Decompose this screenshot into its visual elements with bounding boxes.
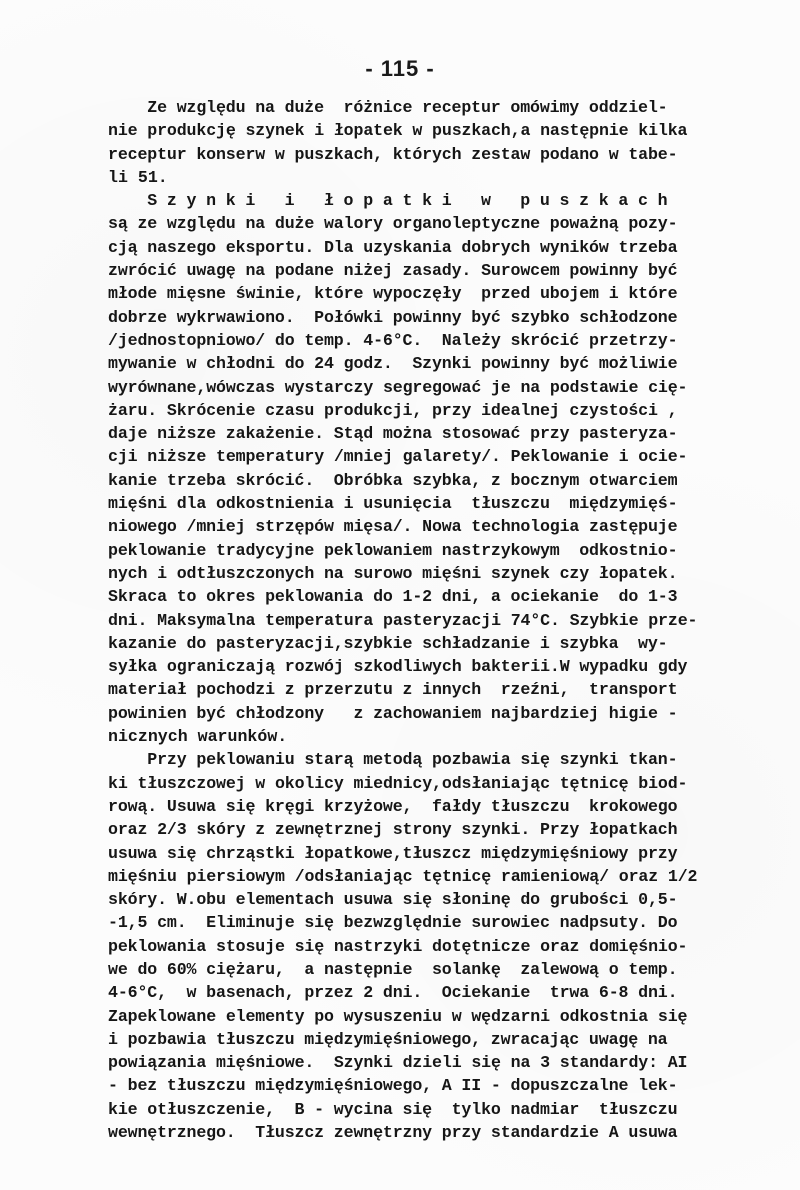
text-line: i pozbawia tłuszczu międzymięśniowego, z…	[108, 1028, 758, 1051]
text-line: dobrze wykrwawiono. Połówki powinny być …	[108, 306, 758, 329]
text-line: S z y n k i i ł o p a t k i w p u s z k …	[108, 189, 758, 212]
text-line: cją naszego eksportu. Dla uzyskania dobr…	[108, 236, 758, 259]
text-line: oraz 2/3 skóry z zewnętrznej strony szyn…	[108, 818, 758, 841]
text-line: cji niższe temperatury /mniej galarety/.…	[108, 445, 758, 468]
text-line: Przy peklowaniu starą metodą pozbawia si…	[108, 748, 758, 771]
text-line: dni. Maksymalna temperatura pasteryzacji…	[108, 609, 758, 632]
text-line: mywanie w chłodni do 24 godz. Szynki pow…	[108, 352, 758, 375]
text-line: młode mięsne świnie, które wypoczęły prz…	[108, 282, 758, 305]
text-line: materiał pochodzi z przerzutu z innych r…	[108, 678, 758, 701]
text-line: peklowanie tradycyjne peklowaniem nastrz…	[108, 539, 758, 562]
body-text: Ze względu na duże różnice receptur omów…	[108, 96, 758, 1144]
text-line: zwrócić uwagę na podane niżej zasady. Su…	[108, 259, 758, 282]
text-line: nych i odtłuszczonych na surowo mięśni s…	[108, 562, 758, 585]
text-line: nie produkcję szynek i łopatek w puszkac…	[108, 119, 758, 142]
text-line: skóry. W.obu elementach usuwa się słonin…	[108, 888, 758, 911]
text-line: kie otłuszczenie, B - wycina się tylko n…	[108, 1098, 758, 1121]
text-line: Ze względu na duże różnice receptur omów…	[108, 96, 758, 119]
text-line: mięśniu piersiowym /odsłaniając tętnicę …	[108, 865, 758, 888]
text-line: Skraca to okres peklowania do 1-2 dni, a…	[108, 585, 758, 608]
text-line: wyrównane,wówczas wystarczy segregować j…	[108, 376, 758, 399]
text-line: są ze względu na duże walory organolepty…	[108, 212, 758, 235]
text-line: /jednostopniowo/ do temp. 4-6°C. Należy …	[108, 329, 758, 352]
page-number: - 115 -	[0, 56, 800, 82]
text-line: kanie trzeba skrócić. Obróbka szybka, z …	[108, 469, 758, 492]
text-line: li 51.	[108, 166, 758, 189]
text-line: ki tłuszczowej w okolicy miednicy,odsłan…	[108, 772, 758, 795]
text-line: rową. Usuwa się kręgi krzyżowe, fałdy tł…	[108, 795, 758, 818]
text-line: mięśni dla odkostnienia i usunięcia tłus…	[108, 492, 758, 515]
text-line: powiązania mięśniowe. Szynki dzieli się …	[108, 1051, 758, 1074]
text-line: wewnętrznego. Tłuszcz zewnętrzny przy st…	[108, 1121, 758, 1144]
text-line: usuwa się chrząstki łopatkowe,tłuszcz mi…	[108, 842, 758, 865]
text-line: powinien być chłodzony z zachowaniem naj…	[108, 702, 758, 725]
text-line: daje niższe zakażenie. Stąd można stosow…	[108, 422, 758, 445]
text-line: receptur konserw w puszkach, których zes…	[108, 143, 758, 166]
text-line: niowego /mniej strzępów mięsa/. Nowa tec…	[108, 515, 758, 538]
text-line: syłka ograniczają rozwój szkodliwych bak…	[108, 655, 758, 678]
text-line: Zapeklowane elementy po wysuszeniu w węd…	[108, 1005, 758, 1028]
document-page: - 115 - Ze względu na duże różnice recep…	[0, 0, 800, 1190]
text-line: we do 60% ciężaru, a następnie solankę z…	[108, 958, 758, 981]
text-line: kazanie do pasteryzacji,szybkie schładza…	[108, 632, 758, 655]
text-line: 4-6°C, w basenach, przez 2 dni. Ociekani…	[108, 981, 758, 1004]
text-line: nicznych warunków.	[108, 725, 758, 748]
text-line: -1,5 cm. Eliminuje się bezwzględnie suro…	[108, 911, 758, 934]
text-line: żaru. Skrócenie czasu produkcji, przy id…	[108, 399, 758, 422]
text-line: - bez tłuszczu międzymięśniowego, A II -…	[108, 1074, 758, 1097]
text-line: peklowania stosuje się nastrzyki dotętni…	[108, 935, 758, 958]
